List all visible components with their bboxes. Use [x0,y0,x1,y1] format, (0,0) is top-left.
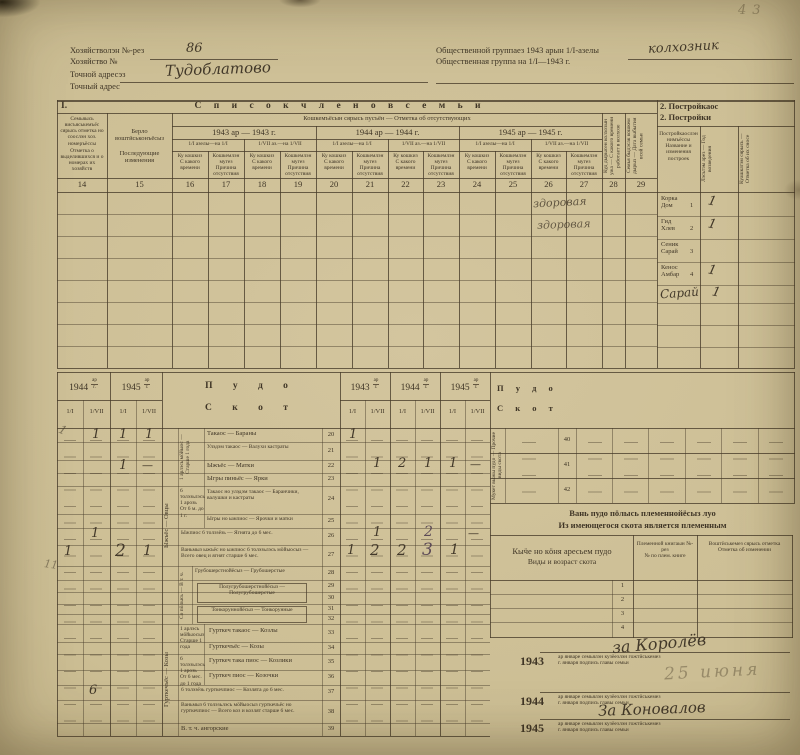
row-number: 39 [322,725,340,732]
fraction-bottom: г. [146,385,149,390]
group-over1yr-sheep: 1 арлэсь мӧйыос — Старше 1 года [179,429,204,485]
row-number: 24 [322,495,340,502]
left-year-1944: 1944арг. [57,378,110,394]
subcol-why-ud: Кошкемлэн мугез [428,153,455,165]
animal-row-name: Гурткеч такаос — Козлы [209,627,320,634]
row-number: 28 [322,569,340,576]
signature-1945: За Коновалов [598,698,706,720]
subdate: 1/VII [136,408,162,415]
animal-row-name: Ыгры пиньёс — Ярки [207,475,320,482]
subdate: 1/VII [83,408,110,415]
building-ud: Корка [661,195,677,202]
hw-count: 1 [347,543,355,558]
row-number: 40 [558,436,576,443]
row-number: 1 [612,582,633,589]
col15-header-russian: Последующие изменения [108,150,171,165]
subcol-when-ru: С какого времени [538,159,558,171]
handwritten-building-name: Сарай [660,285,700,302]
subcol-why-ru: Причина отсутствия [357,165,383,177]
livestock-title2-line1: П у д о [497,383,558,393]
animal-row-name: Ыжпиос 6 толэзёзь — Ягнята до 6 мес. [181,530,320,536]
row-number: 31 [322,605,340,612]
hw-count: 2 [424,524,433,540]
building-year-entry: 1 [707,216,718,232]
grid-line [57,368,795,369]
handwritten-absence-note-row2: здоровая [537,217,591,232]
hw-count: — [142,459,153,472]
col-number: 28 [602,179,625,189]
col-number: 22 [388,179,423,189]
row-number: 29 [322,582,340,589]
col15-header-udmurt: Берло воштӥськонъёсыз [108,128,171,143]
grid-line [657,347,795,348]
animal-row-name: Ваньмыз 6 толэзьлэсь мӧйыосыз гурткечъёс… [181,702,320,714]
grid-line [440,372,441,736]
half-2-jan: 1/I азелы—на 1/I [316,141,388,147]
hw-count: 2 [397,541,407,559]
subcol-why: Кошкемлэн мугезПричина отсутствия [423,153,459,178]
hw-count: 2 [370,541,380,559]
subcol-when: Ку кошкизС какого времени [316,153,352,171]
hw-count: 1 [373,456,381,471]
pedigree-col1-russian: Виды и возраст скота [492,558,632,567]
row-number: 20 [322,431,340,438]
group-ud: 1 арлэсь мӧйыос [179,441,185,480]
year-label: 1945 [122,383,141,393]
subcol-when-ru: С какого времени [467,159,487,171]
building-row-house: КоркаДом [661,195,689,210]
grid-line [57,372,58,736]
building-row-number: 3 [690,248,693,255]
subcol-why-ru: Причина отсутствия [500,165,526,177]
col-number: 25 [495,179,531,189]
grid-line [657,126,795,127]
subdate: 1/VII [365,408,390,415]
animal-row-name: Грубошерстнойёсыз — Грубошерстые [195,568,320,574]
social-group-value: колхозник [648,38,720,57]
subcol-when-ru: С какого времени [395,159,415,171]
row-number: 37 [322,688,340,695]
animal-row-name: Ыгры но ыжпиос — Ярочки и матки [207,516,320,522]
row-number: 4 [612,624,633,631]
subcol-when-ud: Ку кошкиз [178,153,203,159]
grid-line [576,428,577,503]
address-value: Тудоблатово [165,58,271,80]
livestock-title-line1: П у д о [167,381,335,392]
grid-line [192,566,193,624]
col-number: 24 [459,179,495,189]
subcol-why-ud: Кошкемлэн мугез [500,153,527,165]
building-row-number: 4 [690,271,693,278]
pedigree-heading-russian: Из имеющегося скота является племенным [490,520,795,530]
half-3-jan: 1/I азелы—на 1/I [459,141,531,147]
col-number: 23 [423,179,459,189]
year-label: 1944 [401,383,420,393]
printed-dashes [396,430,408,734]
year-fraction: арг. [423,378,430,391]
farm-number-value: 86 [186,41,203,56]
subcol-why: Кошкемлэн мугезПричина отсутствия [495,153,531,178]
buildings-name-header: Постройкаослэн нимъёссыНазвание и измене… [658,131,699,162]
sig-caption: ар январе семьялэн кузёезлэн гожтӥськеме… [558,721,793,733]
animal-row-name: Улэдэм такаос — Валухи кастраты [207,444,320,450]
printed-dashes [346,430,358,734]
fraction-bottom: г. [93,385,96,390]
left-year-1945: 1945арг. [110,378,162,394]
printed-dashes [117,430,129,734]
pedigree-heading-udmurt: Вань пудо пӧлысь племеннойёсыз луо [490,508,795,518]
buildings-note-header: Куашкатэм сярысь — Отметка об их сносе [739,129,764,189]
subcol-why: Кошкемлэн мугезПричина отсутствия [208,153,244,178]
year-fraction: арг. [373,378,380,391]
subcol-why-ru: Причина отсутствия [213,165,239,177]
col28-header-vertical: Куд дырысен колхозын ужа — С какого врем… [603,115,625,177]
hw-count: 1 [64,544,72,559]
mid-year-1945: 1945арг. [440,378,490,394]
other-ud: Мукет выжы пудо [491,457,497,499]
row-number: 25 [322,517,340,524]
hw-count: 1 [424,456,432,471]
row-number: 32 [322,615,340,622]
fraction-bottom: г. [475,385,478,390]
subcol-when-ru: С какого времени [252,159,272,171]
grid-line [531,139,532,368]
subcol-why-ud: Кошкемлэн мугез [571,153,598,165]
col-number: 18 [244,179,280,189]
printed-dashes [733,432,747,502]
subcol-why-ud: Кошкемлэн мугез [357,153,384,165]
absent-header: Кошкемъёсын сярысь пусъён — Отметка об о… [174,115,600,122]
printed-dashes [588,432,602,502]
row-number: 30 [322,594,340,601]
buildings-title-udmurt: 2. Постройкаос [660,101,718,111]
hw-count: 1 [119,458,127,473]
scanned-household-ledger-page: 43 Хозяйстволэн №-рез 86 Хозяйство № Точ… [0,0,800,755]
animal-row-name: В. т. ч. ангорские [181,725,320,732]
row-number: 3 [612,610,633,617]
animal-row-name: Гурткеч така пиос — Козлики [209,657,320,664]
fraction-bottom: г. [375,385,378,390]
subdate: 1/I [390,408,415,415]
col14-header-russian: Отметка о выделившихся и о номерах их хо… [58,148,106,173]
row-number: 2 [612,596,633,603]
address-label-russian: Точный адрес [70,81,120,91]
row-number: 42 [558,486,576,493]
hw-count: 1 [145,427,153,442]
printed-dashes [471,430,483,734]
subcol-when-ud: Ку кошкиз [393,153,418,159]
col-number: 16 [172,179,208,189]
section1-number: I. [61,101,67,112]
rule-line [540,719,790,720]
group-ofwhich: Со пӧлысь — В т. ч. [179,567,191,623]
grid-line [57,113,657,114]
group-ru: От 6 м. до 1 г. [180,506,204,518]
half-3-jul: 1/VII аз.—на 1/VII [531,141,602,147]
half-1-jan: 1/I азелы—на 1/I [172,141,244,147]
fraction-top: ар [423,378,430,385]
building-row-barn: СеникСарай [661,241,689,256]
fraction-top: ар [91,378,98,385]
grid-line [340,372,341,736]
grid-line [136,400,137,736]
pedigree-col1-udmurt: Кыӵе но кӧня аресьем пудо [492,546,632,556]
building-ru: Амбар [661,271,679,278]
subcol-why-ru: Причина отсутствия [571,165,597,177]
building-row-number: 2 [690,225,693,232]
group-6m-1yr-sheep: 6 толэзьлэсь 1 арозьОт 6 м. до 1 г. [180,488,204,519]
grid-line [204,428,205,528]
subcol-why-ud: Кошкемлэн мугез [213,153,240,165]
mid-year-1944: 1944арг. [390,378,440,394]
farm-number-label-udmurt: Хозяйстволэн №-рез [70,45,144,55]
row-number: 26 [322,532,340,539]
building-ru: Хлев [661,225,675,232]
year-label: 1943 [351,383,370,393]
group-6m-1yr-goat: 6 толэзьлэсь 1 арозьОт 6 мес. до 1 года [180,656,204,687]
grid-line [365,400,366,736]
col29-header-vertical: Семья быдэсак кошкем дырыз — Дата выбыти… [626,115,657,177]
subdate: 1/I [340,408,365,415]
col-number: 17 [208,179,244,189]
pedigree-col3-ru: Отметка об изменении [718,547,771,553]
col29-ru: Дата выбытия всей семьи [632,118,644,159]
year-1945-header: 1945 ар — 1945 г. [459,127,602,137]
grid-line [490,580,793,581]
sig-year-1944: 1944 [520,694,544,709]
group-ru: Старше 1 года [180,638,202,650]
grid-line [388,139,389,368]
grid-line [721,428,722,503]
group-ud: 6 толэзьлэсь 1 арозь [180,656,205,674]
fraction-bottom: г. [425,385,428,390]
subdate: 1/VII [465,408,490,415]
sig-caption-ud: ар январе семьялэн кузёезлэн гожтӥськеме… [558,694,661,700]
row-number: 41 [558,461,576,468]
grid-line [490,503,795,504]
grid-line [57,214,657,215]
rule-line [628,59,792,60]
subcol-when: Ку кошкизС какого времени [531,153,566,171]
grid-line [57,346,657,347]
hw-count: 1 [373,525,381,540]
group-over1yr-goat: 1 арлэсь мӧйыосызСтарше 1 года [180,626,204,651]
grid-line [57,324,657,325]
hw-count: 2 [398,456,406,471]
sig-caption-ru: г. января подпись главы семьи [558,660,629,666]
group-ud: Со пӧлысь [179,594,185,619]
grid-line [490,372,491,638]
grid-line [172,113,173,368]
year-fraction: арг. [91,378,98,391]
hw-count: 1 [91,526,99,541]
margin-mark: 11 [43,557,59,572]
row-number: 34 [322,644,340,651]
year-fraction: арг. [144,378,151,391]
social-group-label-russian: Общественная группа на 1/I—1943 г. [436,56,570,66]
buildings-name-ud: Постройкаослэн нимъёссы [659,131,698,143]
subdate: 1/I [110,408,136,415]
sig-year-1943: 1943 [520,654,544,669]
grid-line [172,151,602,152]
animal-row-name-semicoarse: Полугрубошерстнойёсыз — Полугрубошерстые [197,583,307,603]
col-number: 20 [316,179,352,189]
subcol-when-ud: Ку кошкиз [536,153,561,159]
hw-count: 2 [115,541,126,561]
hw-count: 1 [143,543,152,559]
building-ud: Кенос [661,264,678,271]
handwritten-absence-note-row1: здоровая [533,195,587,211]
row-number: 36 [322,673,340,680]
animal-row-name: Гурткеч пиос — Козочки [209,672,320,679]
animal-row-name: Гурткечъёс — Козы [209,643,320,650]
mid-year-1943: 1943арг. [340,378,390,394]
printed-dashes [624,432,638,502]
grid-line [657,216,795,217]
group-ru: От 6 мес. до 1 года [180,674,202,686]
animal-row-name: 6 толэзёзь гурткечпиос — Козлята до 6 ме… [181,687,320,693]
printed-dashes [64,430,76,734]
subcol-when-ru: С какого времени [180,159,200,171]
building-ru: Дом [661,202,673,209]
subcol-why-ud: Кошкемлэн мугез [285,153,312,165]
subcol-when: Ку кошкизС какого времени [172,153,208,171]
grid-line [794,100,795,368]
building-ud: Гид [661,218,671,225]
subcol-when: Ку кошкизС какого времени [244,153,280,171]
animal-row-name: Такаос но улэдэм такаос — Баранчики, вал… [207,489,320,501]
row-number: 38 [322,708,340,715]
col14-header-udmurt: Семьяысь висъяськемъёс сярысь отметка но… [58,116,106,147]
grid-line [657,262,795,263]
grid-line [172,139,602,140]
other-livestock-label: Мукет выжы пудо — Прочие виды скота [491,429,505,502]
row-number: 23 [322,475,340,482]
pedigree-col3-header: Воштӥськемез сярысь отметкаОтметка об из… [698,541,791,553]
printed-dashes [446,430,458,734]
col-number: 29 [625,179,657,189]
hw-count: — [468,527,479,540]
subcol-when: Ку кошкизС какого времени [388,153,423,171]
col-number: 14 [57,179,107,189]
col-number: 15 [107,179,172,189]
group-ru: В т. ч. [179,571,185,585]
grid-line [792,535,793,638]
row-number: 21 [322,447,340,454]
section1-title: С п и с о к ч л е н о в с е м ь и [90,101,590,112]
year-label: 1944 [69,383,88,393]
grid-line [244,139,245,368]
sig-caption-ud: ар январе семьялэн кузёезлэн гожтӥськеме… [558,654,661,660]
grid-line [612,428,613,503]
building-row-shed: ГидХлев [661,218,689,233]
building-year-entry: 1 [707,193,718,209]
printed-dashes [697,432,711,502]
year-label: 1945 [451,383,470,393]
handwritten-building-year: 1 [711,284,722,300]
year-fraction: арг. [473,378,480,391]
building-row-granary: КеносАмбар [661,264,689,279]
group-ru: Старше 1 года [185,440,191,473]
rule-line [436,83,794,84]
subcol-why-ru: Причина отсутствия [285,165,311,177]
grid-line [110,372,111,736]
grid-line [657,303,795,304]
grid-line [758,428,759,503]
group-ud: 1 арлэсь мӧйыосыз [180,626,204,638]
building-year-entry: 1 [707,262,718,278]
grid-line [57,258,657,259]
grid-line [57,736,490,737]
hw-count: — [470,458,481,471]
hw-count: 1 [449,456,457,471]
animal-row-name: Ваньмыз ыжъёс но ыжпиос 6 толэзьлэсь мӧй… [181,547,320,559]
fraction-top: ар [473,378,480,385]
buildings-year-header: Лэсьтэм арез — Год возведения [701,129,738,189]
sig-caption-ud: ар январе семьялэн кузёезлэн гожтӥськеме… [558,721,661,727]
hw-count: 1 [92,427,100,442]
row-number: 27 [322,551,340,558]
col28-ru: С какого времени работает в колхозе [609,117,621,168]
building-row-number: 1 [690,202,693,209]
half-1-jul: 1/VII аз.—на 1/VII [244,141,316,147]
grid-line [490,622,793,623]
subcol-why-ru: Причина отсутствия [428,165,454,177]
grid-line [57,280,657,281]
sig-caption-ru: г. января подпись главы семьи [558,727,629,733]
subcol-when-ru: С какого времени [324,159,344,171]
col-number: 27 [566,179,602,189]
subcol-when-ud: Ку кошкиз [250,153,275,159]
subcol-when-ud: Ку кошкиз [322,153,347,159]
corner-page-number: 43 [738,3,767,18]
pedigree-col2-ud: Племенной книгаын №-рез [637,541,693,553]
grid-line [57,236,657,237]
subcol-why: Кошкемлэн мугезПричина отсутствия [352,153,388,178]
animal-row-name-finewool: Тонкоруннойёсыз — Тонкорунные [197,606,307,623]
hw-count: 1 [119,427,127,442]
grid-line [83,400,84,736]
grid-line [57,372,795,373]
row-number: 22 [322,462,340,469]
grid-line [57,192,795,193]
col-number: 26 [531,179,566,189]
livestock-title-line2: С к о т [167,403,335,414]
animal-row-name: Ыжъёс — Матки [207,462,320,469]
pedigree-col2-ru: № по плем. книге [644,553,685,559]
printed-dashes [421,430,433,734]
grid-line [648,428,649,503]
buildings-title-russian: 2. Постройки [660,112,711,122]
subcol-why: Кошкемлэн мугезПричина отсутствия [566,153,602,178]
fraction-top: ар [144,378,151,385]
species-goat-label: Гурткечъёс — Козы [163,624,178,736]
hw-count: 6 [89,683,97,698]
grid-line [657,325,795,326]
half-2-jul: 1/VII аз.—на 1/VII [388,141,459,147]
grid-line [685,428,686,503]
subdate: 1/I [440,408,465,415]
year-1944-header: 1944 ар — 1944 г. [316,127,459,137]
printed-dashes [371,430,383,734]
hw-count: 1 [450,542,459,558]
grid-line [204,624,205,685]
pedigree-col2-header: Племенной книгаын №-рез№ по плем. книге [634,541,696,559]
pencil-note: 25 июня [664,659,761,684]
year-1943-header: 1943 ар — 1943 г. [172,127,316,137]
grid-line [794,372,795,503]
grid-line [657,239,795,240]
